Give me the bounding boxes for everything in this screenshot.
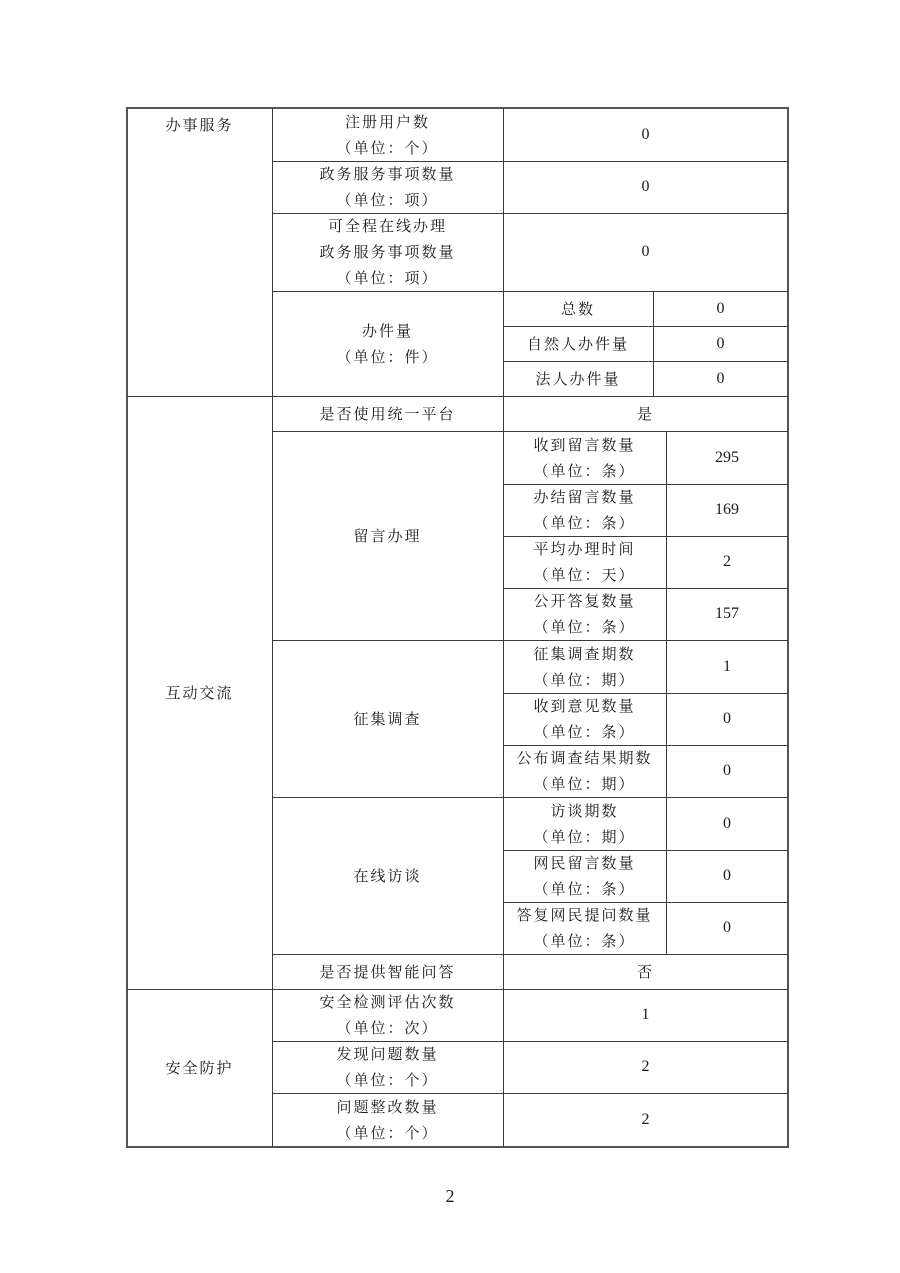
label-issues-found: 发现问题数量 （单位：个） [272, 1041, 503, 1093]
value-public-replies: 157 [666, 588, 788, 640]
value-issues-found: 2 [503, 1041, 788, 1093]
label-messages-resolved: 办结留言数量 （单位：条） [503, 484, 666, 536]
label-case-legal-person: 法人办件量 [503, 361, 653, 396]
value-messages-received: 295 [666, 431, 788, 484]
value-avg-handling-time: 2 [666, 536, 788, 588]
document-page: 办事服务 注册用户数 （单位：个） 0 政务服务事项数量 （单位：项） 0 可全… [0, 0, 900, 1273]
category-service: 办事服务 [127, 108, 272, 396]
label-smart-qa: 是否提供智能问答 [272, 954, 503, 989]
value-survey-results-published: 0 [666, 745, 788, 797]
label-registered-users: 注册用户数 （单位：个） [272, 108, 503, 161]
value-opinions-received: 0 [666, 693, 788, 745]
value-case-legal-person: 0 [653, 361, 788, 396]
label-service-items: 政务服务事项数量 （单位：项） [272, 161, 503, 213]
value-case-total: 0 [653, 291, 788, 326]
category-interaction: 互动交流 [127, 396, 272, 989]
value-case-natural-person: 0 [653, 326, 788, 361]
label-survey-periods: 征集调查期数 （单位：期） [503, 640, 666, 693]
value-netizen-questions-answered: 0 [666, 902, 788, 954]
value-security-assessments: 1 [503, 989, 788, 1041]
value-interview-periods: 0 [666, 797, 788, 850]
value-registered-users: 0 [503, 108, 788, 161]
label-online-service-items: 可全程在线办理 政务服务事项数量 （单位：项） [272, 213, 503, 291]
value-online-service-items: 0 [503, 213, 788, 291]
label-interview-periods: 访谈期数 （单位：期） [503, 797, 666, 850]
value-unified-platform: 是 [503, 396, 788, 431]
value-issues-fixed: 2 [503, 1093, 788, 1147]
label-survey-results-published: 公布调查结果期数 （单位：期） [503, 745, 666, 797]
label-issues-fixed: 问题整改数量 （单位：个） [272, 1093, 503, 1147]
label-opinions-received: 收到意见数量 （单位：条） [503, 693, 666, 745]
label-online-interviews: 在线访谈 [272, 797, 503, 954]
value-netizen-messages: 0 [666, 850, 788, 902]
label-avg-handling-time: 平均办理时间 （单位：天） [503, 536, 666, 588]
label-public-replies: 公开答复数量 （单位：条） [503, 588, 666, 640]
label-surveys: 征集调查 [272, 640, 503, 797]
label-case-natural-person: 自然人办件量 [503, 326, 653, 361]
page-number: 2 [0, 1186, 900, 1207]
label-unified-platform: 是否使用统一平台 [272, 396, 503, 431]
value-survey-periods: 1 [666, 640, 788, 693]
label-case-total: 总数 [503, 291, 653, 326]
label-messages-received: 收到留言数量 （单位：条） [503, 431, 666, 484]
value-messages-resolved: 169 [666, 484, 788, 536]
label-netizen-messages: 网民留言数量 （单位：条） [503, 850, 666, 902]
category-security: 安全防护 [127, 989, 272, 1147]
value-service-items: 0 [503, 161, 788, 213]
value-smart-qa: 否 [503, 954, 788, 989]
label-message-handling: 留言办理 [272, 431, 503, 640]
label-netizen-questions-answered: 答复网民提问数量 （单位：条） [503, 902, 666, 954]
label-case-volume: 办件量 （单位：件） [272, 291, 503, 396]
label-security-assessments: 安全检测评估次数 （单位：次） [272, 989, 503, 1041]
